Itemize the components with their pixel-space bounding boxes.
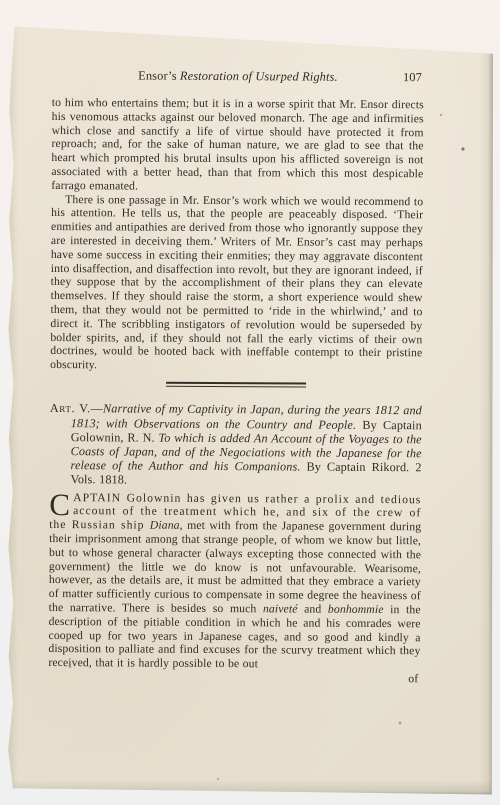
article-dash: —: [91, 402, 103, 416]
article-heading: Art. V.—Narrative of my Captivity in Jap…: [49, 401, 422, 488]
running-head: Ensor’s Restoration of Usurped Rights. 1…: [52, 68, 424, 85]
drop-cap: C: [49, 491, 73, 517]
catchword: of: [48, 670, 420, 686]
italic-word: naiveté: [263, 602, 298, 615]
italic-word: bonhommie: [328, 603, 384, 616]
review-paragraph-1: to him who entertains them; but it is in…: [51, 96, 424, 195]
page-content: Ensor’s Restoration of Usurped Rights. 1…: [48, 68, 424, 686]
review-paragraph-2: There is one passage in Mr. Ensor’s work…: [50, 193, 423, 375]
article-paragraph: CAPTAIN Golownin has given us rather a p…: [48, 491, 421, 673]
running-head-author: Ensor’s: [138, 69, 177, 83]
article-text-part: and: [298, 603, 328, 616]
article-text-part: , met with from the Japanese government …: [49, 519, 422, 615]
running-head-title: Restoration of Usurped Rights.: [177, 69, 338, 84]
page-number: 107: [403, 70, 422, 85]
book-photo: { "photo": { "backdrop_color": "#f5f1ee"…: [0, 0, 500, 805]
section-divider-rule: [166, 382, 306, 388]
ship-name: Diana: [150, 519, 180, 532]
foxing-specks: [7, 18, 9, 20]
article-label: Art. V.: [50, 401, 91, 415]
book-page: Ensor’s Restoration of Usurped Rights. 1…: [7, 18, 493, 796]
